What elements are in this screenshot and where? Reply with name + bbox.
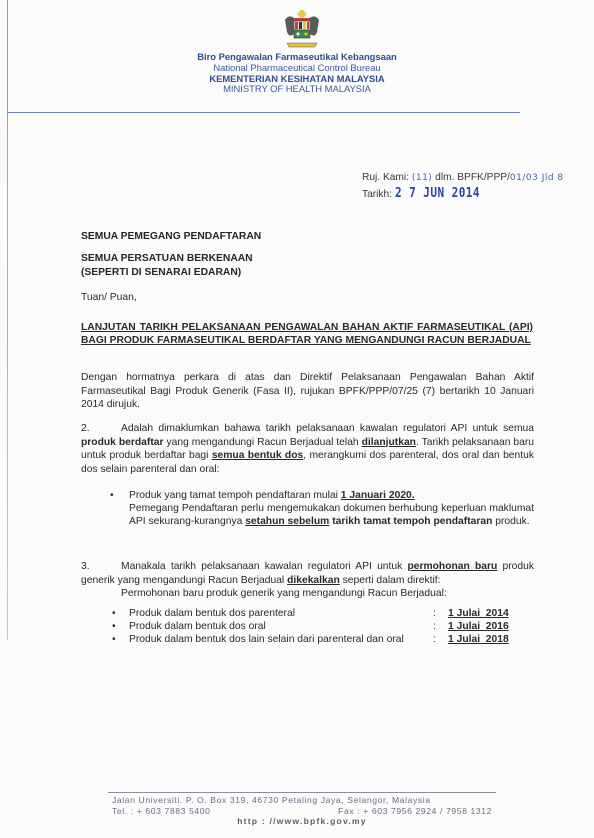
schedule-row: •Produk dalam bentuk dos oral:1 Julai 20… bbox=[112, 621, 532, 634]
reference-block: Ruj. Kami: (11) dlm. BPFK/PPP/01/03 Jld … bbox=[362, 170, 564, 203]
ruj-handwritten-prefix: (11) bbox=[412, 173, 432, 183]
ruj-handwritten-suffix: 01/03 Jld 8 bbox=[510, 173, 564, 183]
emphasis-expiry: tarikh tamat tempoh pendaftaran bbox=[329, 516, 492, 527]
footer-contacts: Tel. : + 603 7883 5400 Fax : + 603 7956 … bbox=[112, 806, 492, 817]
bullet-expiry: • Produk yang tamat tempoh pendaftaran m… bbox=[112, 489, 534, 528]
footer-website-link[interactable]: http : //www.bpfk.gov.my bbox=[112, 816, 492, 827]
paragraph-text: yang mengandungi Racun Berjadual telah bbox=[164, 437, 362, 448]
bullet-icon: • bbox=[112, 621, 116, 632]
bullet-text: produk. bbox=[492, 516, 529, 527]
letterhead-divider bbox=[7, 112, 520, 113]
letter-subject: LANJUTAN TARIKH PELAKSANAAN PENGAWALAN B… bbox=[81, 321, 533, 347]
date-label: Tarikh: bbox=[362, 189, 392, 200]
footer-tel: Tel. : + 603 7883 5400 bbox=[112, 806, 211, 817]
emphasis-all-dosage-forms: semua bentuk dos bbox=[212, 450, 303, 461]
emphasis-registered-products: produk berdaftar bbox=[81, 437, 164, 448]
schedule-date: 1 Julai 2014 bbox=[448, 608, 509, 619]
ruj-label: Ruj. Kami: bbox=[362, 172, 409, 183]
footer-divider bbox=[108, 792, 496, 793]
schedule-row: •Produk dalam bentuk dos lain selain dar… bbox=[112, 634, 532, 647]
expiry-date: 1 Januari 2020. bbox=[341, 490, 415, 501]
paragraph-1: Dengan hormatnya perkara di atas dan Dir… bbox=[81, 371, 534, 412]
schedule-label: Produk dalam bentuk dos parenteral bbox=[129, 608, 295, 619]
paragraph-2: 2.Adalah dimaklumkan bahawa tarikh pelak… bbox=[81, 422, 534, 476]
coat-of-arms-icon bbox=[281, 8, 323, 50]
footer-address: Jalan Universiti. P. O. Box 319, 46730 P… bbox=[112, 795, 492, 806]
recipient-line-2: SEMUA PERSATUAN BERKENAAN bbox=[81, 252, 253, 266]
letterhead: Biro Pengawalan Farmaseutikal Kebangsaan… bbox=[0, 52, 594, 95]
reference-number: Ruj. Kami: (11) dlm. BPFK/PPP/01/03 Jld … bbox=[362, 170, 564, 186]
schedule-colon: : bbox=[433, 634, 436, 645]
emphasis-one-year-before: setahun sebelum bbox=[245, 516, 329, 527]
schedule-colon: : bbox=[433, 608, 436, 619]
schedule-intro: Permohonan baru produk generik yang meng… bbox=[81, 587, 534, 601]
paragraph-number: 2. bbox=[81, 422, 121, 436]
paragraph-number: 3. bbox=[81, 560, 121, 574]
footer: Jalan Universiti. P. O. Box 319, 46730 P… bbox=[112, 795, 492, 827]
bullet-line: Produk yang tamat tempoh pendaftaran mul… bbox=[112, 489, 534, 502]
bullet-text: Produk yang tamat tempoh pendaftaran mul… bbox=[129, 490, 341, 501]
paragraph-text: Manakala tarikh pelaksanaan kawalan regu… bbox=[121, 561, 407, 572]
org-name-english: National Pharmaceutical Control Bureau bbox=[0, 63, 594, 74]
bullet-details: Pemegang Pendaftaran perlu mengemukakan … bbox=[112, 502, 534, 528]
salutation: Tuan/ Puan, bbox=[81, 292, 137, 303]
scan-edge-line bbox=[7, 0, 8, 640]
date-stamp: 2 7 JUN 2014 bbox=[395, 186, 480, 202]
schedule-label: Produk dalam bentuk dos lain selain dari… bbox=[129, 634, 404, 645]
recipient-line-1: SEMUA PEMEGANG PENDAFTARAN bbox=[81, 230, 261, 244]
schedule-label: Produk dalam bentuk dos oral bbox=[129, 621, 266, 632]
date-line: Tarikh: 2 7 JUN 2014 bbox=[362, 186, 564, 203]
schedule-row: •Produk dalam bentuk dos parenteral:1 Ju… bbox=[112, 608, 532, 621]
paragraph-text: Adalah dimaklumkan bahawa tarikh pelaksa… bbox=[121, 423, 534, 434]
schedule-date: 1 Julai 2016 bbox=[448, 621, 509, 632]
paragraph-3: 3.Manakala tarikh pelaksanaan kawalan re… bbox=[81, 560, 534, 601]
recipient-line-3: (SEPERTI DI SENARAI EDARAN) bbox=[81, 266, 241, 280]
ruj-value: dlm. BPFK/PPP/ bbox=[435, 172, 510, 183]
schedule-date: 1 Julai 2018 bbox=[448, 634, 509, 645]
emphasis-maintained: dikekalkan bbox=[287, 575, 340, 586]
emphasis-extended: dilanjutkan bbox=[362, 437, 416, 448]
emphasis-new-application: permohonan baru bbox=[407, 561, 497, 572]
schedule-colon: : bbox=[433, 621, 436, 632]
footer-fax: Fax : + 603 7956 2924 / 7958 1312 bbox=[338, 806, 492, 817]
bullet-icon: • bbox=[110, 489, 114, 502]
bullet-icon: • bbox=[112, 608, 116, 619]
schedule-list: •Produk dalam bentuk dos parenteral:1 Ju… bbox=[112, 608, 532, 647]
paragraph-text: seperti dalam direktif: bbox=[340, 575, 441, 586]
ministry-name-english: MINISTRY OF HEALTH MALAYSIA bbox=[0, 84, 594, 95]
bullet-icon: • bbox=[112, 634, 116, 645]
